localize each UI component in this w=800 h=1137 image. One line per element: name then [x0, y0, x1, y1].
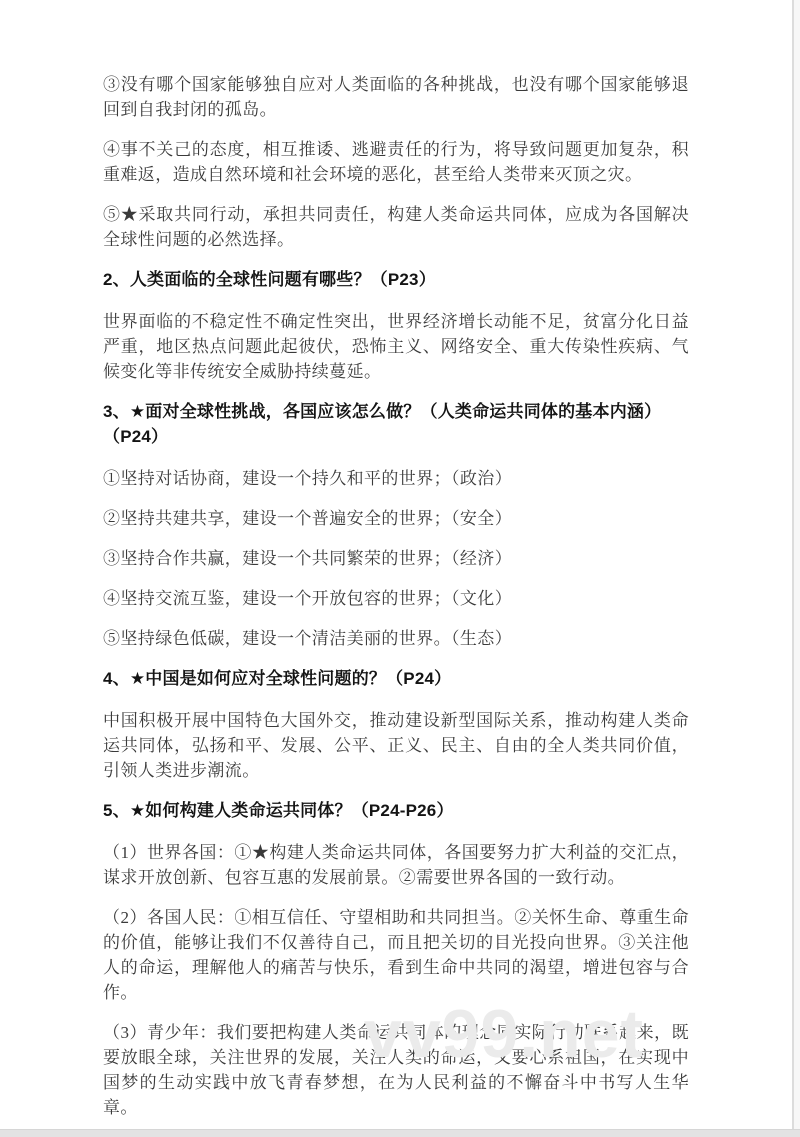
question-2-answer: 世界面临的不稳定性不确定性突出，世界经济增长动能不足，贫富分化日益严重，地区热点…	[103, 309, 689, 384]
question-5-heading: 5、★如何构建人类命运共同体？（P24-P26）	[103, 798, 689, 823]
question-5-answer-part-1: （1）世界各国：①★构建人类命运共同体，各国要努力扩大利益的交汇点，谋求开放创新…	[103, 840, 689, 890]
list-item-3: ③坚持合作共赢，建设一个共同繁荣的世界；（经济）	[103, 546, 689, 571]
page-right-edge-line	[792, 0, 794, 1129]
list-item-1: ①坚持对话协商，建设一个持久和平的世界；（政治）	[103, 466, 689, 491]
page-right-gutter	[794, 0, 800, 1129]
list-item-2: ②坚持共建共享，建设一个普遍安全的世界；（安全）	[103, 506, 689, 531]
site-watermark: vv99.net	[364, 995, 644, 1073]
question-4-answer: 中国积极开展中国特色大国外交，推动建设新型国际关系，推动构建人类命运共同体，弘扬…	[103, 708, 689, 783]
paragraph-point-4: ④事不关己的态度，相互推诿、逃避责任的行为，将导致问题更加复杂，积重难返，造成自…	[103, 137, 689, 187]
question-4-heading: 4、★中国是如何应对全球性问题的？（P24）	[103, 666, 689, 691]
page-bottom-strip	[0, 1129, 800, 1137]
paragraph-point-5: ⑤★采取共同行动，承担共同责任，构建人类命运共同体，应成为各国解决全球性问题的必…	[103, 202, 689, 252]
document-page: ③没有哪个国家能够独自应对人类面临的各种挑战，也没有哪个国家能够退回到自我封闭的…	[0, 0, 800, 1137]
question-3-heading: 3、★面对全球性挑战，各国应该怎么做？（人类命运共同体的基本内涵）（P24）	[103, 399, 689, 449]
document-content: ③没有哪个国家能够独自应对人类面临的各种挑战，也没有哪个国家能够退回到自我封闭的…	[103, 72, 689, 1135]
question-5-answer-part-2: （2）各国人民：①相互信任、守望相助和共同担当。②关怀生命、尊重生命的价值，能够…	[103, 905, 689, 1005]
question-2-heading: 2、人类面临的全球性问题有哪些？（P23）	[103, 267, 689, 292]
paragraph-point-3: ③没有哪个国家能够独自应对人类面临的各种挑战，也没有哪个国家能够退回到自我封闭的…	[103, 72, 689, 122]
list-item-4: ④坚持交流互鉴，建设一个开放包容的世界；（文化）	[103, 586, 689, 611]
list-item-5: ⑤坚持绿色低碳，建设一个清洁美丽的世界。（生态）	[103, 626, 689, 651]
